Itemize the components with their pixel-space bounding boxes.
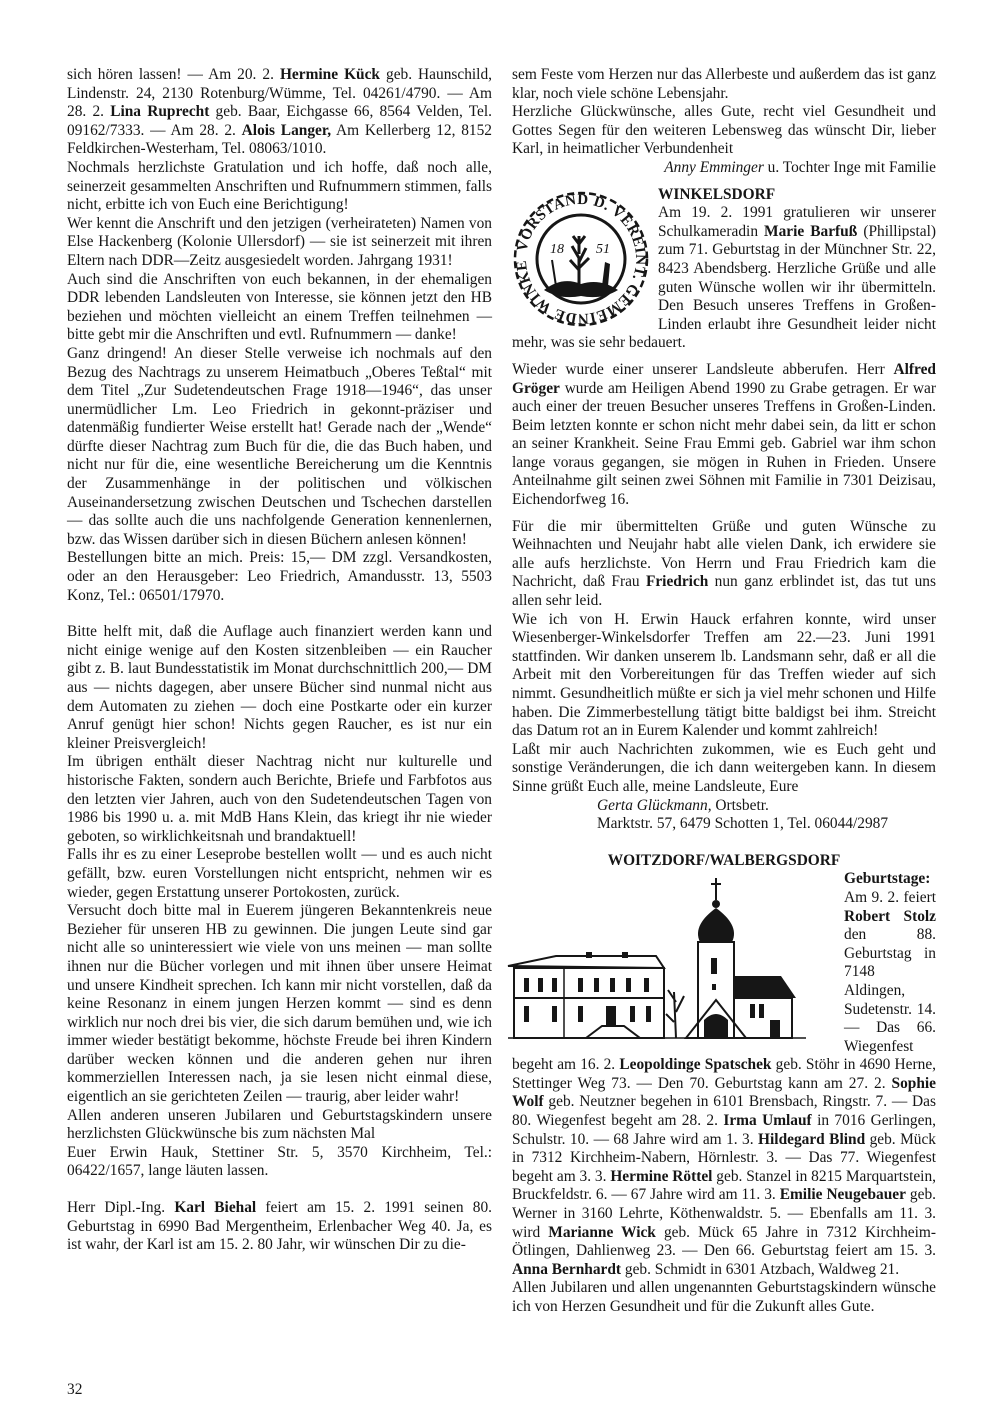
paragraph-new-subscribers: Versucht doch bitte mal in Euerem jünger… bbox=[67, 902, 492, 1107]
person-name: Leopoldinge Spatschek bbox=[619, 1056, 771, 1073]
paragraph-search-address: Wer kennt die Anschrift und den jetzigen… bbox=[67, 215, 492, 271]
paragraph-closing-wishes: Allen Jubilaren und allen ungenannten Ge… bbox=[512, 1279, 936, 1316]
person-name: Anna Bernhardt bbox=[512, 1261, 621, 1278]
spacer bbox=[67, 605, 492, 623]
person-name: Hildegard Blind bbox=[758, 1131, 865, 1148]
person-name: Alois Langer, bbox=[242, 122, 331, 139]
paragraph-greetings: Allen anderen unseren Jubilaren und Gebu… bbox=[67, 1107, 492, 1144]
page-number: 32 bbox=[67, 1381, 82, 1399]
section-heading-woitzdorf: WOITZDORF/WALBERGSDORF bbox=[512, 852, 936, 871]
spacer bbox=[512, 178, 936, 186]
paragraph-congratulation: Nochmals herzlichste Gratulation und ich… bbox=[67, 159, 492, 215]
spacer bbox=[512, 353, 936, 361]
person-name: Robert Stolz bbox=[844, 908, 936, 925]
paragraph-sample-copy: Falls ihr es zu einer Leseprobe bestelle… bbox=[67, 846, 492, 902]
paragraph-meeting-announcement: Wie ich von H. Erwin Hauck erfahren konn… bbox=[512, 611, 936, 741]
paragraph-signature-hauk: Euer Erwin Hauk, Stettiner Str. 5, 3570 … bbox=[67, 1144, 492, 1181]
paragraph-order-info: Bestellungen bitte an mich. Preis: 15,— … bbox=[67, 549, 492, 605]
paragraph-wishes-continued: sem Feste vom Herzen nur das Allerbeste … bbox=[512, 66, 936, 103]
svg-text:18: 18 bbox=[550, 242, 564, 257]
spacer bbox=[67, 1181, 492, 1199]
right-column: sem Feste vom Herzen nur das Allerbeste … bbox=[512, 66, 936, 1317]
signature-glueckmann: Gerta Glückmann, Ortsbetr. bbox=[512, 797, 936, 816]
person-name: Karl Biehal bbox=[174, 1199, 256, 1216]
spacer bbox=[512, 510, 936, 518]
left-column: sich hören lassen! — Am 20. 2. Hermine K… bbox=[67, 66, 492, 1255]
paragraph-christmas-thanks: Für die mir übermittelten Grüße und gute… bbox=[512, 518, 936, 611]
paragraph-alfred-groeger: Wieder wurde einer unserer Landsleute ab… bbox=[512, 361, 936, 510]
seal-emblem-icon: VORSTAND D. VEREINT. GEMEINDE WINKELSDOR… bbox=[512, 188, 650, 330]
signature-address: Marktstr. 57, 6479 Schotten 1, Tel. 0604… bbox=[512, 815, 936, 834]
person-name: Hermine Kück bbox=[280, 66, 380, 83]
winkelsdorf-seal-image: VORSTAND D. VEREINT. GEMEINDE WINKELSDOR… bbox=[512, 188, 650, 330]
paragraph-financing: Bitte helft mit, daß die Auflage auch fi… bbox=[67, 623, 492, 753]
spacer bbox=[512, 834, 936, 852]
signature-emminger: Anny Emminger u. Tochter Inge mit Famili… bbox=[512, 159, 936, 178]
paragraph-contents: Im übrigen enthält dieser Nachtrag nicht… bbox=[67, 753, 492, 846]
svg-text:51: 51 bbox=[596, 242, 610, 257]
section-woitzdorf: WOITZDORF/WALBERGSDORF bbox=[512, 852, 936, 1317]
paragraph-ddr-addresses: Auch sind die Anschriften von euch bekan… bbox=[67, 271, 492, 345]
person-name: Marianne Wick bbox=[548, 1224, 656, 1241]
section-winkelsdorf: VORSTAND D. VEREINT. GEMEINDE WINKELSDOR… bbox=[512, 186, 936, 834]
person-name: Marie Barfuß bbox=[764, 223, 857, 240]
church-building-illustration bbox=[506, 872, 836, 1040]
paragraph-birthdays-continued: sich hören lassen! — Am 20. 2. Hermine K… bbox=[67, 66, 492, 159]
person-name: Friedrich bbox=[646, 573, 708, 590]
church-icon bbox=[506, 872, 836, 1040]
person-name: Lina Ruprecht bbox=[110, 103, 209, 120]
paragraph-news-request: Laßt mir auch Nachrichten zukommen, wie … bbox=[512, 741, 936, 797]
paragraph-heartfelt-wishes: Herzliche Glückwünsche, alles Gute, rech… bbox=[512, 103, 936, 159]
person-name: Emilie Neugebauer bbox=[780, 1186, 906, 1203]
paragraph-karl-biehal: Herr Dipl.-Ing. Karl Biehal feiert am 15… bbox=[67, 1199, 492, 1255]
person-name: Irma Umlauf bbox=[723, 1112, 811, 1129]
person-name: Hermine Röttel bbox=[610, 1168, 712, 1185]
paragraph-book-supplement: Ganz dringend! An dieser Stelle verweise… bbox=[67, 345, 492, 550]
